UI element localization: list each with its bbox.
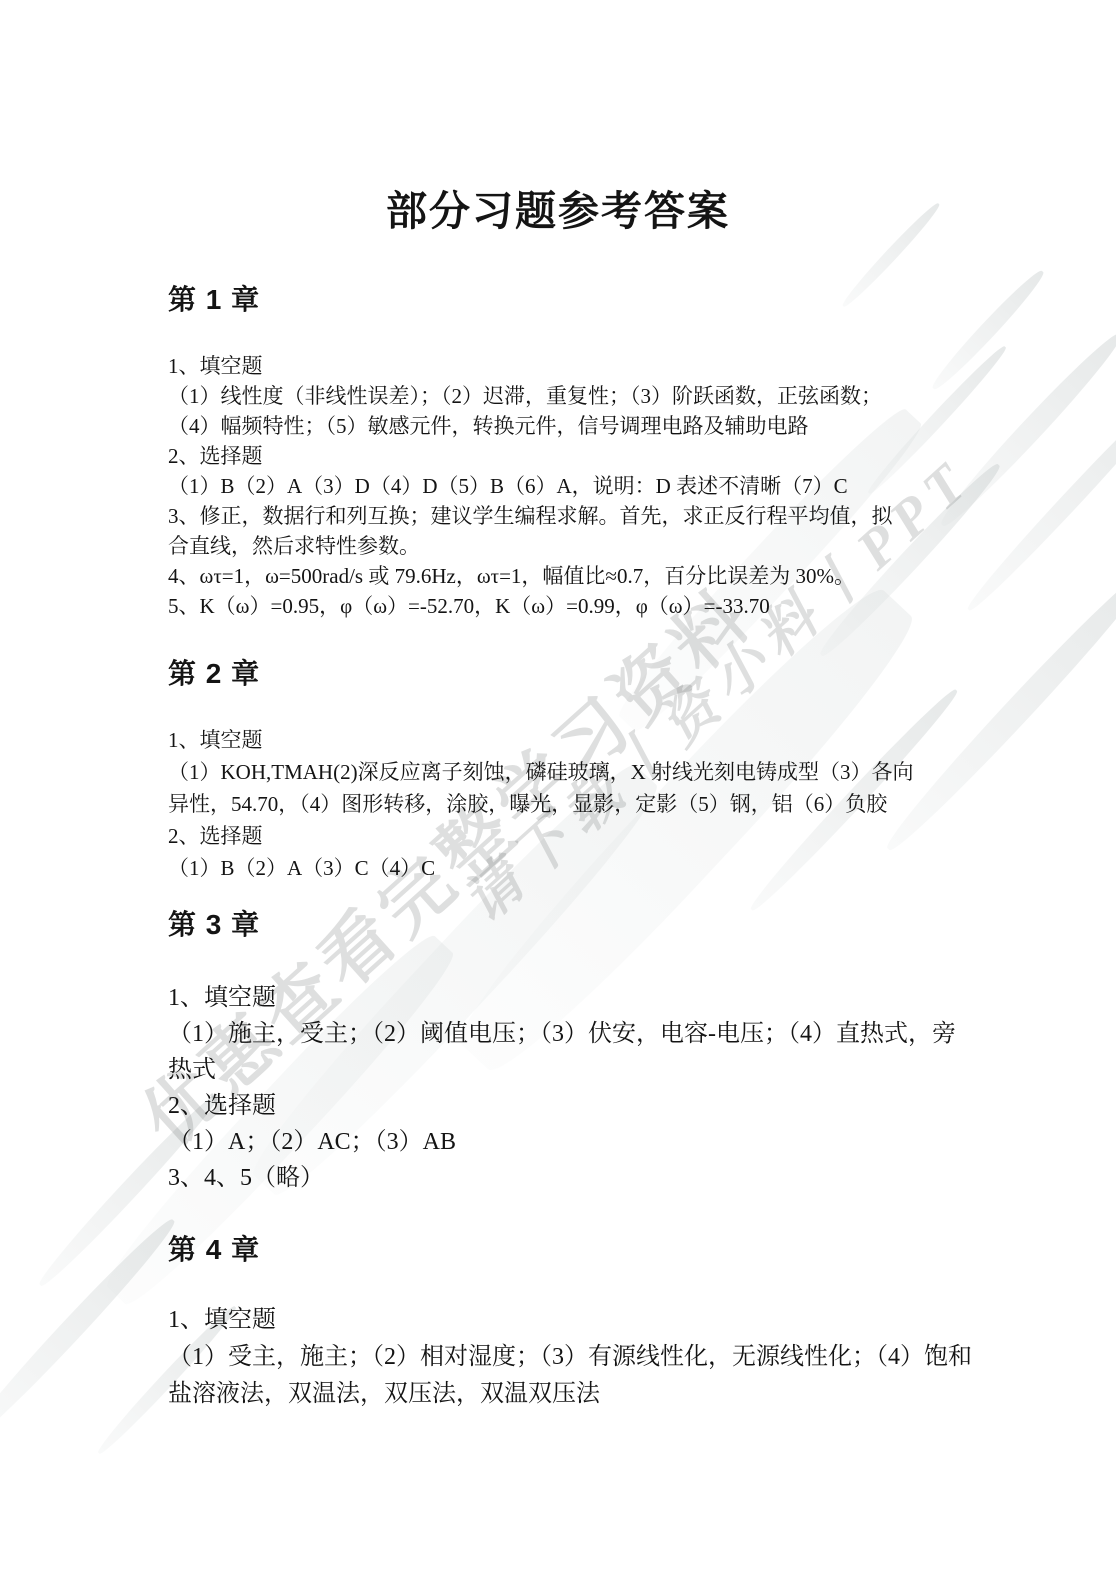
answer-line: 2、选择题 [168,820,978,852]
answer-line: 4、ωτ=1，ω=500rad/s 或 79.6Hz，ωτ=1，幅值比≈0.7，… [168,561,978,591]
answer-line: 2、选择题 [168,441,978,471]
chapter-3-answers: 1、填空题 （1）施主，受主；（2）阈值电压；（3）伏安，电容-电压；（4）直热… [168,980,978,1196]
chapter-4-heading: 第 4 章 [168,1228,260,1268]
answer-line: 5、K（ω）=0.95，φ（ω）=-52.70，K（ω）=0.99，φ（ω）=-… [168,591,978,621]
answer-line: （1）A；（2）AC；（3）AB [168,1124,978,1160]
answer-line: （4）幅频特性；（5）敏感元件，转换元件，信号调理电路及辅助电路 [168,411,978,441]
watermark-streak [0,1213,181,1447]
watermark-streak [962,384,1116,616]
chapter-3-heading: 第 3 章 [168,903,260,943]
answer-line: 1、填空题 [168,351,978,381]
answer-line: 异性，54.70，（4）图形转移，涂胶，曝光，显影，定影（5）钢，铝（6）负胶 [168,788,978,820]
answer-line: 1、填空题 [168,724,978,756]
answer-line: （1）受主，施主；（2）相对湿度；（3）有源线性化，无源线性化；（4）饱和 [168,1339,978,1376]
chapter-1-heading: 第 1 章 [168,278,260,318]
answer-line: （1）线性度（非线性误差）；（2）迟滞，重复性；（3）阶跃函数，正弦函数； [168,381,978,411]
answer-line: （1）施主，受主；（2）阈值电压；（3）伏安，电容-电压；（4）直热式，旁 [168,1016,978,1052]
answer-line: 热式 [168,1052,978,1088]
answer-line: 1、填空题 [168,980,978,1016]
document-page: 优惠查看完整学习资料 请下载丨资小料丨PPT 部分习题参考答案 第 1 章 1、… [0,0,1116,1579]
chapter-2-answers: 1、填空题 （1）KOH,TMAH(2)深反应离子刻蚀，磷硅玻璃，X 射线光刻电… [168,724,978,884]
answer-line: 盐溶液法，双温法，双压法，双温双压法 [168,1376,978,1413]
answer-line: 3、4、5（略） [168,1160,978,1196]
chapter-1-answers: 1、填空题 （1）线性度（非线性误差）；（2）迟滞，重复性；（3）阶跃函数，正弦… [168,351,978,621]
answer-line: （1）B（2）A（3）D（4）D（5）B（6）A，说明：D 表述不清晰（7）C [168,471,978,501]
answer-line: 2、选择题 [168,1088,978,1124]
answer-line: （1）B（2）A（3）C（4）C [168,852,978,884]
answer-line: 1、填空题 [168,1302,978,1339]
chapter-4-answers: 1、填空题 （1）受主，施主；（2）相对湿度；（3）有源线性化，无源线性化；（4… [168,1302,978,1413]
answer-line: 合直线，然后求特性参数。 [168,531,978,561]
page-title: 部分习题参考答案 [0,178,1116,237]
chapter-2-heading: 第 2 章 [168,652,260,692]
answer-line: （1）KOH,TMAH(2)深反应离子刻蚀，磷硅玻璃，X 射线光刻电铸成型（3）… [168,756,978,788]
answer-line: 3、修正，数据行和列互换；建议学生编程求解。首先，求正反行程平均值，拟 [168,501,978,531]
